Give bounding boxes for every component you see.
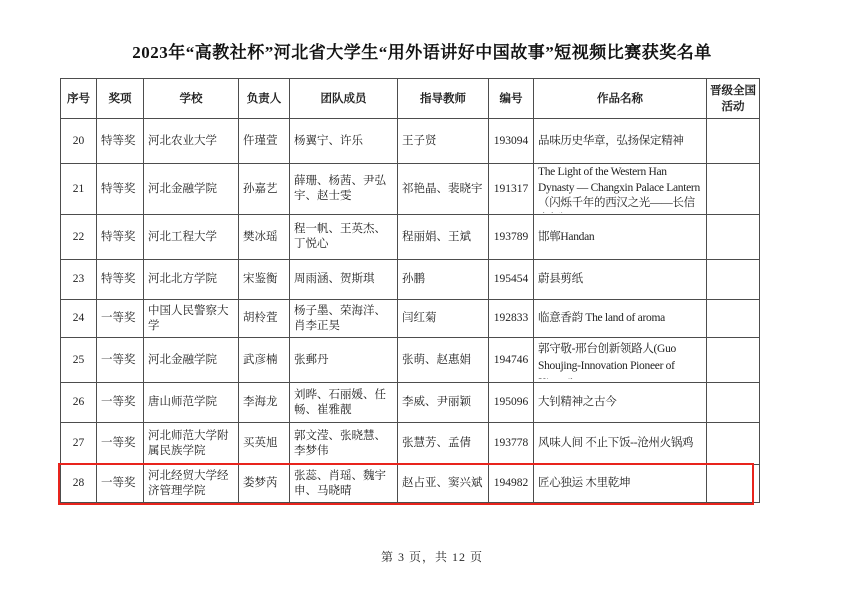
cell-team: 郭文滢、张晓慧、李梦伟 [290,423,398,465]
cell-award: 特等奖 [97,215,144,260]
cell-school: 河北工程大学 [144,215,239,260]
cell-advisors: 程丽娟、王斌 [398,215,489,260]
table-row: 26 一等奖 唐山师范学院 李海龙 刘晔、石丽媛、任畅、崔雅靓 李威、尹丽颖 1… [61,383,760,423]
table-row-highlighted: 28 一等奖 河北经贸大学经济管理学院 娄梦芮 张蕊、肖瑶、魏宇申、马晓晴 赵占… [61,465,760,503]
cell-national [707,215,760,260]
cell-team: 程一帆、王英杰、丁悦心 [290,215,398,260]
cell-leader: 仵瑾萱 [239,119,290,164]
cell-team: 杨翼宁、许乐 [290,119,398,164]
cell-code: 193094 [489,119,534,164]
cell-national [707,260,760,300]
cell-advisors: 李威、尹丽颖 [398,383,489,423]
cell-code: 195096 [489,383,534,423]
cell-national [707,119,760,164]
cell-leader: 孙嘉艺 [239,164,290,215]
cell-leader: 武彦楠 [239,338,290,383]
cell-award: 一等奖 [97,465,144,503]
cell-team: 周雨涵、贺斯琪 [290,260,398,300]
table-row: 21 特等奖 河北金融学院 孙嘉艺 薛珊、杨茜、尹弘宇、赵士雯 祁艳晶、裴晓宇 … [61,164,760,215]
cell-work: 蔚县剪纸 [534,260,707,300]
header-advisors: 指导教师 [398,79,489,119]
cell-leader: 买英旭 [239,423,290,465]
cell-team: 张郵丹 [290,338,398,383]
cell-serial: 26 [61,383,97,423]
cell-team: 刘晔、石丽媛、任畅、崔雅靓 [290,383,398,423]
cell-advisors: 闫红菊 [398,300,489,338]
cell-advisors: 赵占亚、窦兴斌 [398,465,489,503]
header-national: 晋级全国活动 [707,79,760,119]
cell-school: 唐山师范学院 [144,383,239,423]
header-leader: 负责人 [239,79,290,119]
cell-work: The Light of the Western Han Dynasty — C… [534,164,707,215]
cell-code: 193789 [489,215,534,260]
cell-school: 河北北方学院 [144,260,239,300]
cell-school: 中国人民警察大学 [144,300,239,338]
cell-team: 张蕊、肖瑶、魏宇申、马晓晴 [290,465,398,503]
cell-national [707,338,760,383]
cell-national [707,300,760,338]
cell-team: 杨子墨、荣海洋、肖李正昊 [290,300,398,338]
cell-national [707,383,760,423]
cell-award: 特等奖 [97,164,144,215]
table-row: 20 特等奖 河北农业大学 仵瑾萱 杨翼宁、许乐 王子贤 193094 品味历史… [61,119,760,164]
cell-school: 河北经贸大学经济管理学院 [144,465,239,503]
page-number-footer: 第 3 页，共 12 页 [0,548,864,565]
cell-national [707,423,760,465]
cell-serial: 27 [61,423,97,465]
table-row: 25 一等奖 河北金融学院 武彦楠 张郵丹 张萌、赵惠娟 194746 郭守敬-… [61,338,760,383]
awards-table-container: 序号 奖项 学校 负责人 团队成员 指导教师 编号 作品名称 晋级全国活动 20… [60,78,760,503]
table-row: 23 特等奖 河北北方学院 宋鉴衡 周雨涵、贺斯琪 孙鹏 195454 蔚县剪纸 [61,260,760,300]
cell-serial: 20 [61,119,97,164]
header-work: 作品名称 [534,79,707,119]
cell-advisors: 张慧芳、孟倩 [398,423,489,465]
cell-leader: 樊冰瑶 [239,215,290,260]
header-serial: 序号 [61,79,97,119]
cell-award: 特等奖 [97,260,144,300]
work-title-clipped: 郭守敬-邢台创新领路人(Guo Shoujing-Innovation Pion… [538,341,702,379]
cell-award: 一等奖 [97,383,144,423]
cell-serial: 28 [61,465,97,503]
cell-work: 郭守敬-邢台创新领路人(Guo Shoujing-Innovation Pion… [534,338,707,383]
cell-work: 大钊精神之古今 [534,383,707,423]
cell-award: 一等奖 [97,300,144,338]
cell-award: 特等奖 [97,119,144,164]
cell-leader: 胡柃萓 [239,300,290,338]
header-school: 学校 [144,79,239,119]
cell-award: 一等奖 [97,338,144,383]
cell-work: 临意香韵 The land of aroma [534,300,707,338]
table-row: 24 一等奖 中国人民警察大学 胡柃萓 杨子墨、荣海洋、肖李正昊 闫红菊 192… [61,300,760,338]
table-row: 22 特等奖 河北工程大学 樊冰瑶 程一帆、王英杰、丁悦心 程丽娟、王斌 193… [61,215,760,260]
cell-leader: 李海龙 [239,383,290,423]
work-title-clipped: The Light of the Western Han Dynasty — C… [538,165,702,213]
cell-advisors: 张萌、赵惠娟 [398,338,489,383]
table-row: 27 一等奖 河北师范大学附属民族学院 买英旭 郭文滢、张晓慧、李梦伟 张慧芳、… [61,423,760,465]
cell-school: 河北师范大学附属民族学院 [144,423,239,465]
cell-advisors: 王子贤 [398,119,489,164]
awards-table: 序号 奖项 学校 负责人 团队成员 指导教师 编号 作品名称 晋级全国活动 20… [60,78,760,503]
cell-school: 河北金融学院 [144,164,239,215]
cell-serial: 21 [61,164,97,215]
header-code: 编号 [489,79,534,119]
cell-national [707,465,760,503]
cell-work: 品味历史华章，弘扬保定精神 [534,119,707,164]
cell-leader: 宋鉴衡 [239,260,290,300]
cell-school: 河北金融学院 [144,338,239,383]
cell-work: 风味人间 不止下饭--沧州火锅鸡 [534,423,707,465]
cell-leader: 娄梦芮 [239,465,290,503]
cell-code: 191317 [489,164,534,215]
document-page: 2023年“高教社杯”河北省大学生“用外语讲好中国故事”短视频比赛获奖名单 序号… [0,0,864,610]
cell-work: 匠心独运 木里乾坤 [534,465,707,503]
cell-code: 192833 [489,300,534,338]
page-title: 2023年“高教社杯”河北省大学生“用外语讲好中国故事”短视频比赛获奖名单 [0,38,844,63]
cell-serial: 22 [61,215,97,260]
cell-team: 薛珊、杨茜、尹弘宇、赵士雯 [290,164,398,215]
cell-advisors: 孙鹏 [398,260,489,300]
cell-award: 一等奖 [97,423,144,465]
cell-work: 邯郸Handan [534,215,707,260]
cell-national [707,164,760,215]
cell-serial: 24 [61,300,97,338]
cell-code: 194746 [489,338,534,383]
header-award: 奖项 [97,79,144,119]
cell-serial: 23 [61,260,97,300]
cell-school: 河北农业大学 [144,119,239,164]
cell-code: 194982 [489,465,534,503]
header-team: 团队成员 [290,79,398,119]
table-header-row: 序号 奖项 学校 负责人 团队成员 指导教师 编号 作品名称 晋级全国活动 [61,79,760,119]
cell-code: 193778 [489,423,534,465]
cell-serial: 25 [61,338,97,383]
cell-code: 195454 [489,260,534,300]
cell-advisors: 祁艳晶、裴晓宇 [398,164,489,215]
